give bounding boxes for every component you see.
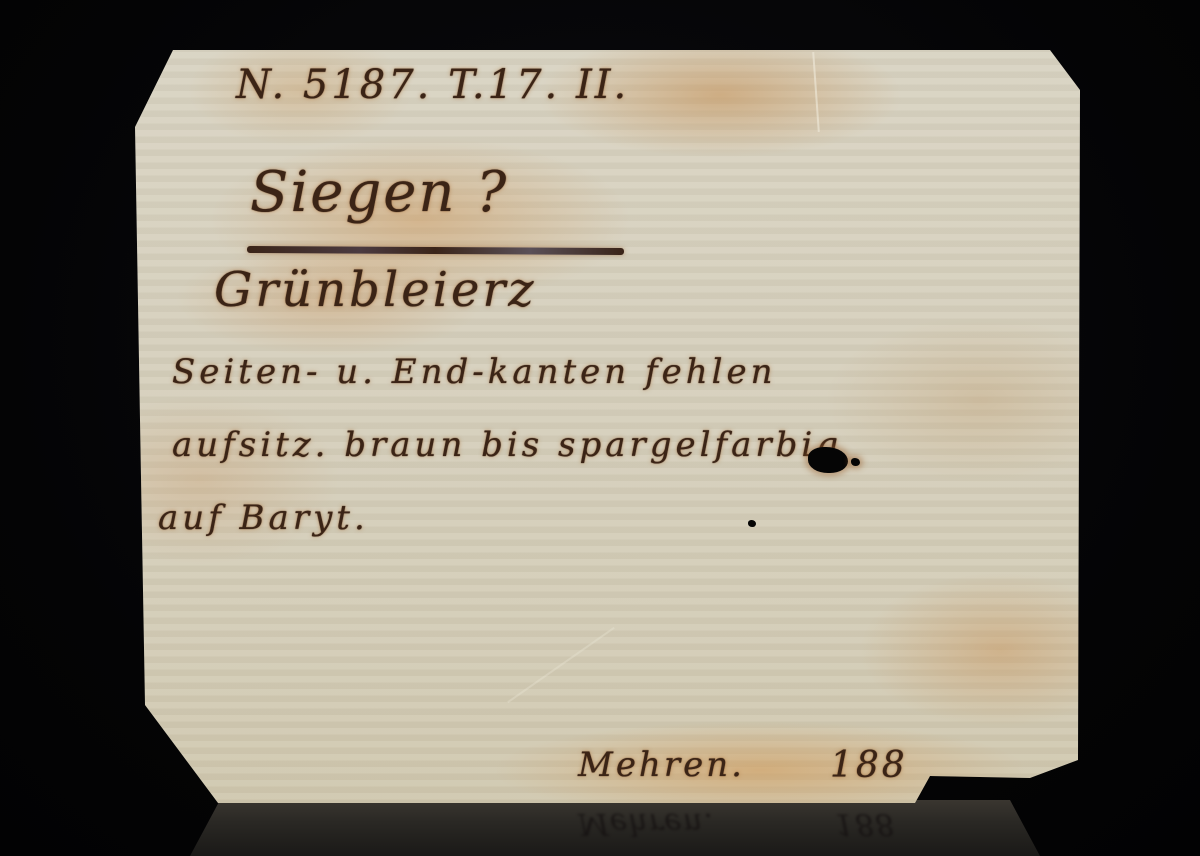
- reflection-year: 188: [835, 806, 895, 841]
- paper-crease: [507, 627, 615, 703]
- description-line-2: aufsitz. braun bis spargelfarbig: [172, 425, 842, 465]
- description-line-3: auf Baryt.: [158, 498, 369, 538]
- catalog-number: N. 5187. T.17. II.: [236, 62, 629, 108]
- signature: Mehren.: [578, 745, 745, 785]
- paper-hole-small: [851, 458, 860, 466]
- locality-heading: Siegen ?: [250, 160, 508, 225]
- photo-scene: Mehren. 188 N. 5187. T.17. II. Siegen ? …: [0, 0, 1200, 856]
- paper-hole: [808, 447, 848, 473]
- year: 188: [830, 745, 908, 786]
- mineral-name: Grünbleierz: [214, 262, 537, 318]
- specimen-label-paper: N. 5187. T.17. II. Siegen ? Grünbleierz …: [0, 0, 1200, 856]
- description-line-1: Seiten- u. End-kanten fehlen: [172, 352, 777, 392]
- paper-crease: [812, 52, 820, 132]
- locality-underline: [247, 246, 624, 255]
- reflection-signature: Mehren.: [578, 806, 714, 841]
- paper-speck: [748, 520, 756, 527]
